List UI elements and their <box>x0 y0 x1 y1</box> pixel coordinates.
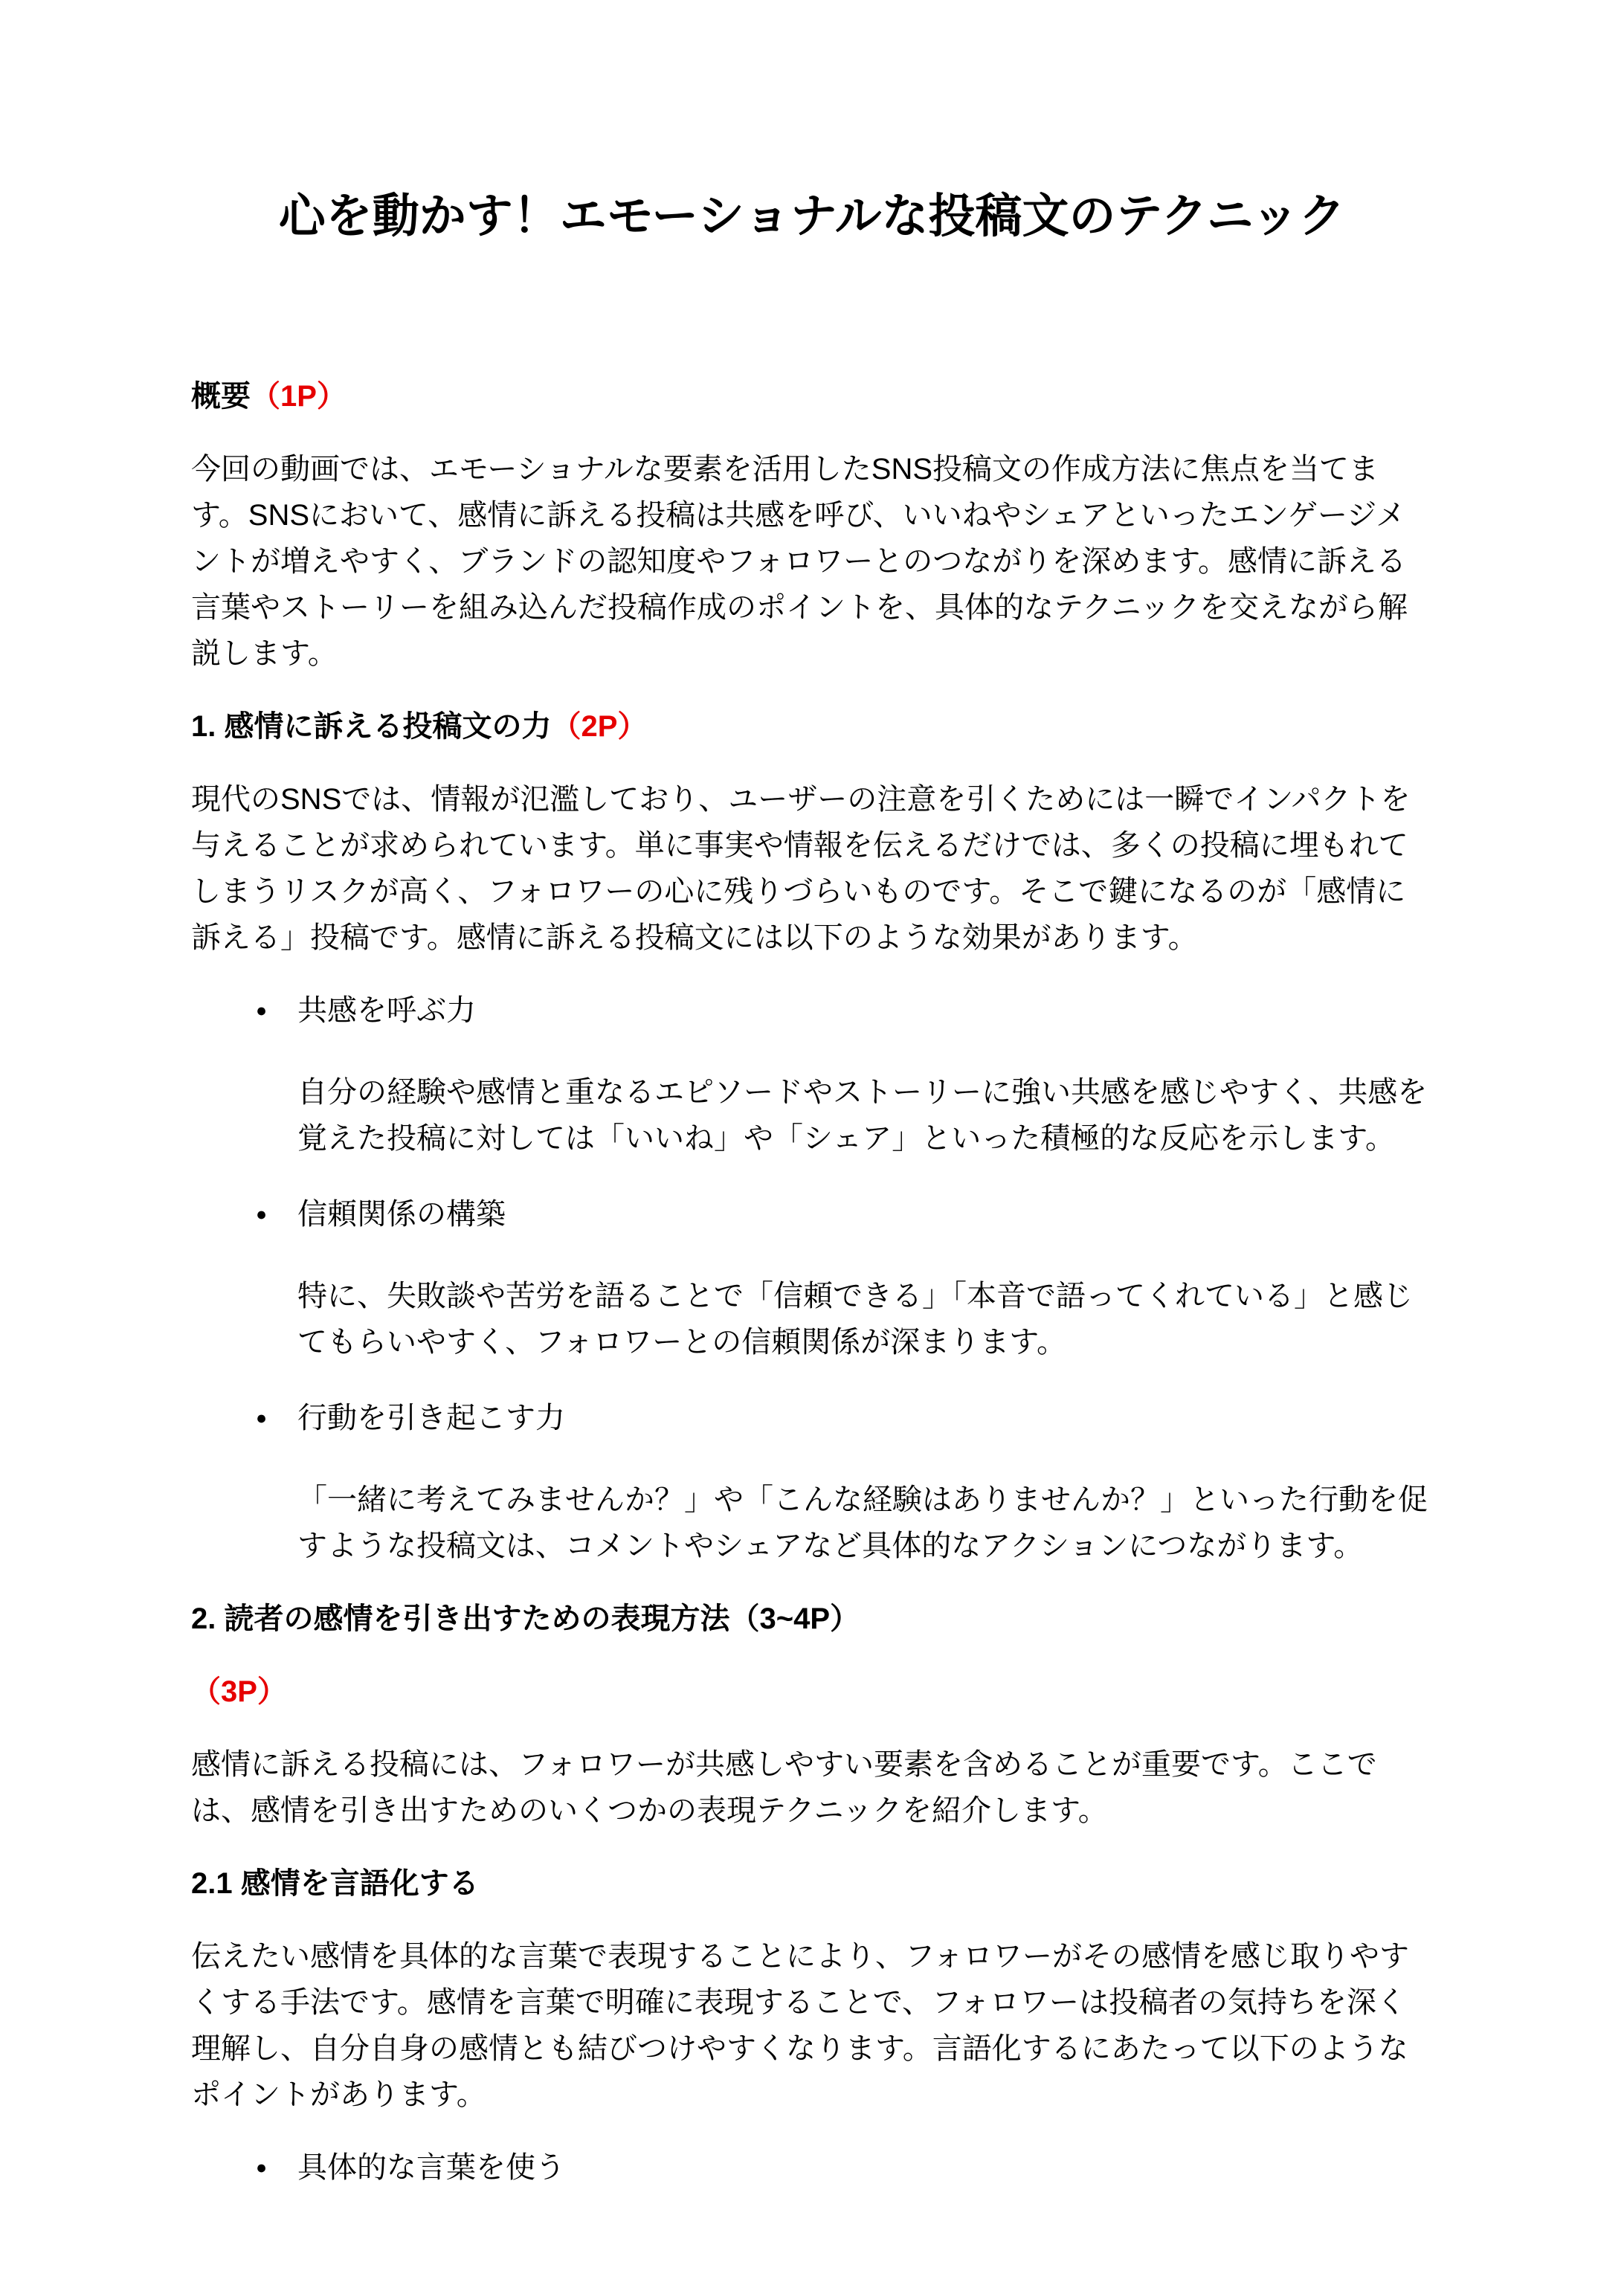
overview-page-ref: （1P） <box>251 380 347 413</box>
bullet-label: 信頼関係の構築 <box>297 1191 1433 1237</box>
section1-heading-text: 1. 感情に訴える投稿文の力 <box>191 710 551 743</box>
section2-1-paragraph: 伝えたい感情を具体的な言葉で表現することにより、フォロワーがその感情を感じ取りや… <box>191 1933 1433 2118</box>
section2-heading: 2. 読者の感情を引き出すための表現方法（3~4P） <box>191 1596 1433 1642</box>
section1-effects-list: ● 共感を呼ぶ力 自分の経験や感情と重なるエピソードやストーリーに強い共感を感じ… <box>191 987 1433 1569</box>
bullet-icon: ● <box>256 1191 267 1237</box>
list-item: ● 共感を呼ぶ力 自分の経験や感情と重なるエピソードやストーリーに強い共感を感じ… <box>297 987 1433 1162</box>
document-content: 心を動かす！エモーショナルな投稿文のテクニック 概要（1P） 今回の動画では、エ… <box>0 0 1624 2191</box>
section2-intro-paragraph: 感情に訴える投稿には、フォロワーが共感しやすい要素を含めることが重要です。ここで… <box>191 1742 1433 1834</box>
bullet-label: 共感を呼ぶ力 <box>297 987 1433 1034</box>
bullet-description: 「一緒に考えてみませんか？」や「こんな経験はありませんか？」といった行動を促すよ… <box>297 1477 1433 1569</box>
list-item: ● 行動を引き起こす力 「一緒に考えてみませんか？」や「こんな経験はありませんか… <box>297 1395 1433 1569</box>
section1-page-ref: （2P） <box>551 710 647 743</box>
document-title: 心を動かす！エモーショナルな投稿文のテクニック <box>191 186 1433 247</box>
overview-heading-text: 概要 <box>191 380 251 413</box>
section2-points-list: ● 具体的な言葉を使う <box>191 2145 1433 2191</box>
bullet-label: 具体的な言葉を使う <box>297 2145 1433 2191</box>
bullet-icon: ● <box>256 2145 267 2191</box>
document-page: 心を動かす！エモーショナルな投稿文のテクニック 概要（1P） 今回の動画では、エ… <box>0 0 1624 2294</box>
section1-intro-paragraph: 現代のSNSでは、情報が氾濫しており、ユーザーの注意を引くためには一瞬でインパク… <box>191 776 1433 961</box>
list-item: ● 信頼関係の構築 特に、失敗談や苦労を語ることで「信頼できる」「本音で語ってく… <box>297 1191 1433 1365</box>
list-item: ● 具体的な言葉を使う <box>297 2145 1433 2191</box>
section1-heading: 1. 感情に訴える投稿文の力（2P） <box>191 703 1433 750</box>
bullet-icon: ● <box>256 1395 267 1441</box>
bullet-description: 特に、失敗談や苦労を語ることで「信頼できる」「本音で語ってくれている」と感じても… <box>297 1273 1433 1365</box>
bullet-icon: ● <box>256 987 267 1034</box>
section2-page-ref: （3P） <box>191 1669 1433 1715</box>
bullet-label: 行動を引き起こす力 <box>297 1395 1433 1441</box>
bullet-description: 自分の経験や感情と重なるエピソードやストーリーに強い共感を感じやすく、共感を覚え… <box>297 1069 1433 1162</box>
overview-paragraph: 今回の動画では、エモーショナルな要素を活用したSNS投稿文の作成方法に焦点を当て… <box>191 446 1433 677</box>
section2-1-heading: 2.1 感情を言語化する <box>191 1860 1433 1907</box>
overview-heading: 概要（1P） <box>191 373 1433 419</box>
